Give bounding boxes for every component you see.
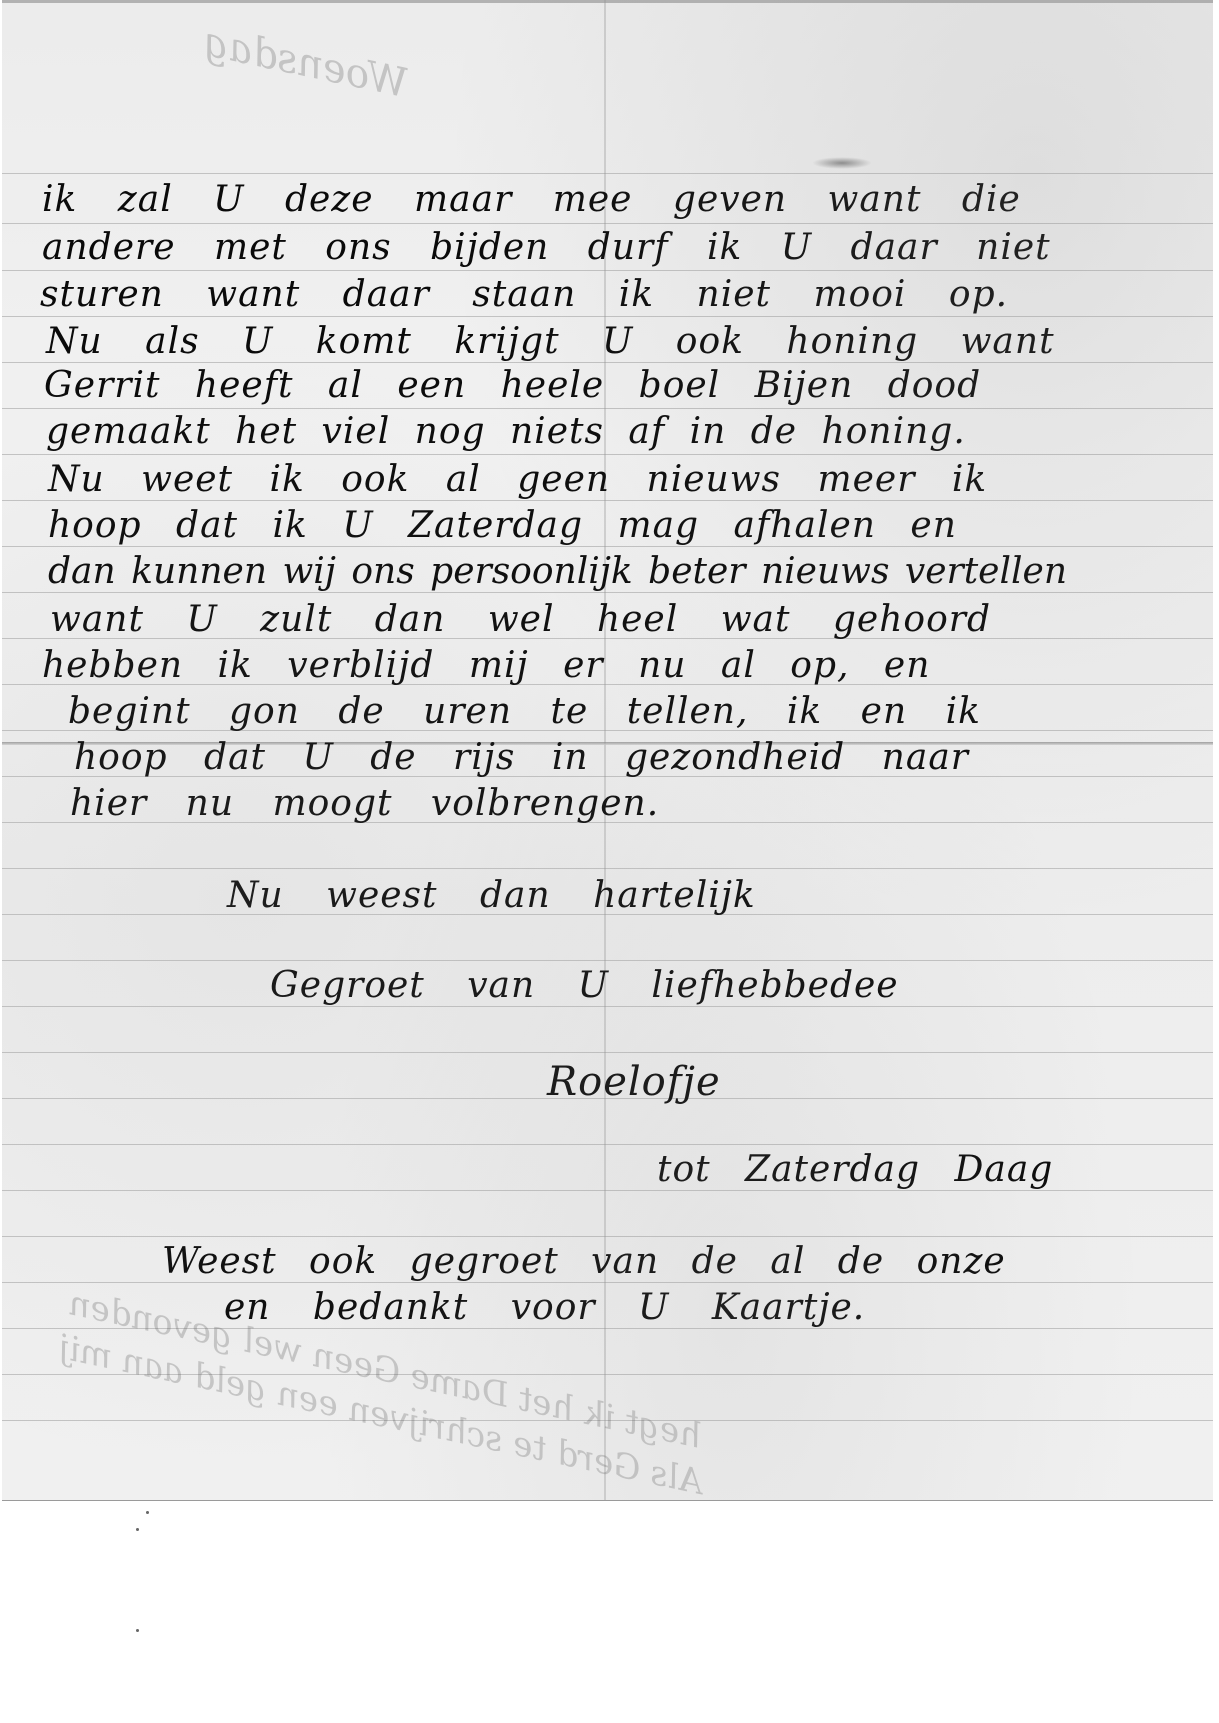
signature: Roelofje bbox=[547, 1062, 721, 1102]
paper-top-edge bbox=[2, 0, 1213, 3]
letter-line-4: Nu als U komt krijgt U ook honing want bbox=[46, 324, 1055, 360]
ruled-line bbox=[2, 868, 1213, 869]
closing-line-2: Gegroet van U liefhebbedee bbox=[270, 968, 899, 1004]
letter-line-7: Nu weet ik ook al geen nieuws meer ik bbox=[48, 462, 987, 498]
ruled-line bbox=[2, 316, 1213, 317]
ruled-line bbox=[2, 408, 1213, 409]
letter-line-9: dan kunnen wij ons persoonlijk beter nie… bbox=[48, 554, 1067, 590]
ruled-line bbox=[2, 500, 1213, 501]
ruled-line bbox=[2, 592, 1213, 593]
ruled-line bbox=[2, 1190, 1213, 1191]
scan-speck bbox=[146, 1511, 149, 1514]
ruled-line bbox=[2, 362, 1213, 363]
closing-line-1: Nu weest dan hartelijk bbox=[227, 878, 756, 914]
letter-line-1: ik zal U deze maar mee geven want die bbox=[42, 182, 1021, 218]
ruled-line bbox=[2, 454, 1213, 455]
ruled-line bbox=[2, 1236, 1213, 1237]
letter-line-10: want U zult dan wel heel wat gehoord bbox=[50, 602, 991, 638]
ruled-line bbox=[2, 1006, 1213, 1007]
postscript-line-1: Weest ook gegroet van de al de onze bbox=[162, 1244, 1006, 1280]
ruled-line bbox=[2, 1282, 1213, 1283]
letter-line-12: begint gon de uren te tellen, ik en ik bbox=[68, 694, 981, 730]
ruled-line bbox=[2, 223, 1213, 224]
ruled-line bbox=[2, 173, 1213, 174]
letter-page: Woensdag hegt ik het Dame Geen wel gevon… bbox=[2, 0, 1213, 1501]
farewell-line: tot Zaterdag Daag bbox=[657, 1152, 1053, 1188]
bleed-through-text: Woensdag bbox=[199, 19, 412, 107]
ruled-line bbox=[2, 546, 1213, 547]
ruled-line bbox=[2, 960, 1213, 961]
ruled-line bbox=[2, 1144, 1213, 1145]
letter-line-14: hier nu moogt volbrengen. bbox=[70, 786, 659, 822]
letter-line-13: hoop dat U de rijs in gezondheid naar bbox=[74, 740, 969, 776]
postscript-line-2: en bedankt voor U Kaartje. bbox=[224, 1290, 865, 1326]
scan-speck bbox=[136, 1629, 139, 1632]
ruled-line bbox=[2, 1052, 1213, 1053]
ruled-line bbox=[2, 270, 1213, 271]
scan-speck bbox=[136, 1528, 139, 1531]
letter-line-6: gemaakt het viel nog niets af in de honi… bbox=[46, 414, 966, 450]
letter-line-2: andere met ons bijden durf ik U daar nie… bbox=[42, 230, 1051, 266]
letter-line-3: sturen want daar staan ik niet mooi op. bbox=[40, 277, 1008, 313]
letter-line-8: hoop dat ik U Zaterdag mag afhalen en bbox=[48, 508, 957, 544]
ink-smudge bbox=[812, 157, 872, 169]
letter-line-5: Gerrit heeft al een heele boel Bijen doo… bbox=[44, 368, 981, 404]
letter-line-11: hebben ik verblijd mij er nu al op, en bbox=[42, 648, 930, 684]
